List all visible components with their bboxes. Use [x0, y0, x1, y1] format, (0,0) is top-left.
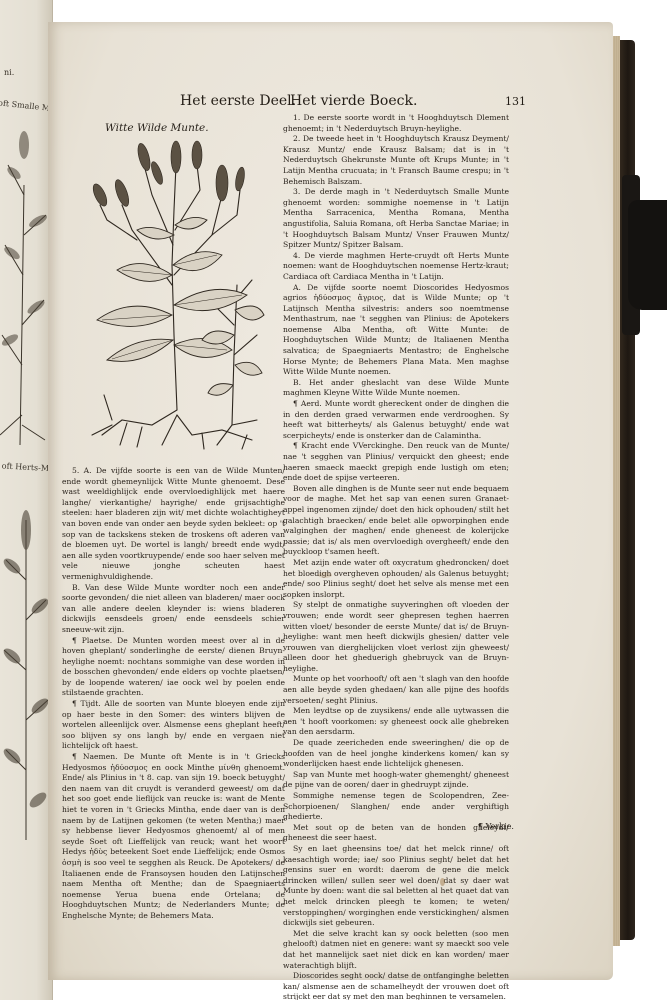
running-head-book: Het vierde Boeck. — [290, 93, 417, 109]
running-head-part: Het eerste Deel. — [180, 93, 296, 109]
paragraph: A. De vijfde soorte noemt Dioscorides He… — [283, 283, 509, 378]
paragraph: Men leydtse op de zuysikens/ ende alle u… — [283, 706, 509, 738]
paragraph: 4. De vierde maghmen Herte-cruydt oft He… — [283, 251, 509, 283]
paragraph: Sy stelpt de onmatighe suyveringhen oft … — [283, 600, 509, 674]
right-text-column: 1. De eerste soorte wordt in 't Hooghduy… — [283, 113, 509, 1000]
paragraph: B. Het ander gheslacht van dese Wilde Mu… — [283, 378, 509, 399]
paragraph: ¶ Aerd. Munte wordt ghereckent onder de … — [283, 399, 509, 441]
paragraph: ¶ Plaetse. De Munten worden meest over a… — [62, 636, 285, 700]
paragraph: 2. De tweede heet in 't Hooghduytsch Kra… — [283, 134, 509, 187]
facing-plant-illustration — [0, 125, 52, 445]
facing-plant-illustration — [0, 500, 52, 840]
facing-page: ni. oft Smalle Munte t oft Herts-Munte — [0, 0, 53, 1000]
paragraph: ¶ Naemen. De Munte oft Mente is in 't Gr… — [62, 752, 285, 922]
paragraph: Dioscorides seght oock/ datse de ontfang… — [283, 971, 509, 1000]
paragraph: Sap van Munte met hoogh-water ghemenght/… — [283, 770, 509, 791]
paragraph: 1. De eerste soorte wordt in 't Hooghduy… — [283, 113, 509, 134]
illustration-caption: Witte Wilde Munte. — [105, 122, 209, 134]
paragraph: 5. A. De vijfde soorte is een van de Wil… — [62, 466, 285, 583]
paragraph: Sy en laet gheensins toe/ dat het melck … — [283, 844, 509, 929]
ink-stain — [440, 878, 445, 886]
mint-plant-woodcut-illustration — [82, 135, 267, 450]
facing-page-fragment: ni. — [4, 68, 14, 77]
paragraph: Munte op het voorhooft/ oft aen 't slagh… — [283, 674, 509, 706]
book-clasp — [628, 200, 667, 310]
page-number: 131 — [505, 95, 526, 108]
paragraph: 3. De derde magh in 't Nederduytsch Smal… — [283, 187, 509, 251]
paragraph: ¶ Kracht ende VVerckinghe. Den reuck van… — [283, 441, 509, 483]
paragraph: ¶ Tijdt. Alle de soorten van Munte bloey… — [62, 699, 285, 752]
paragraph: Sommighe nemense tegen de Scolopendren, … — [283, 791, 509, 823]
ink-stain — [318, 572, 332, 578]
paragraph: De quade zeericheden ende sweeringhen/ d… — [283, 738, 509, 770]
paragraph: Met sout op de beten van de honden ghele… — [283, 823, 509, 844]
paragraph: Met die selve kracht kan sy oock belette… — [283, 929, 509, 971]
paragraph: B. Van dese Wilde Munte wordter noch een… — [62, 583, 285, 636]
left-text-column: 5. A. De vijfde soorte is een van de Wil… — [62, 466, 285, 922]
catchword: ¶ Verkie. — [478, 822, 514, 831]
paragraph: Boven alle dinghen is de Munte seer nut … — [283, 484, 509, 558]
paragraph: Met azijn ende water oft oxycratum ghedr… — [283, 558, 509, 600]
